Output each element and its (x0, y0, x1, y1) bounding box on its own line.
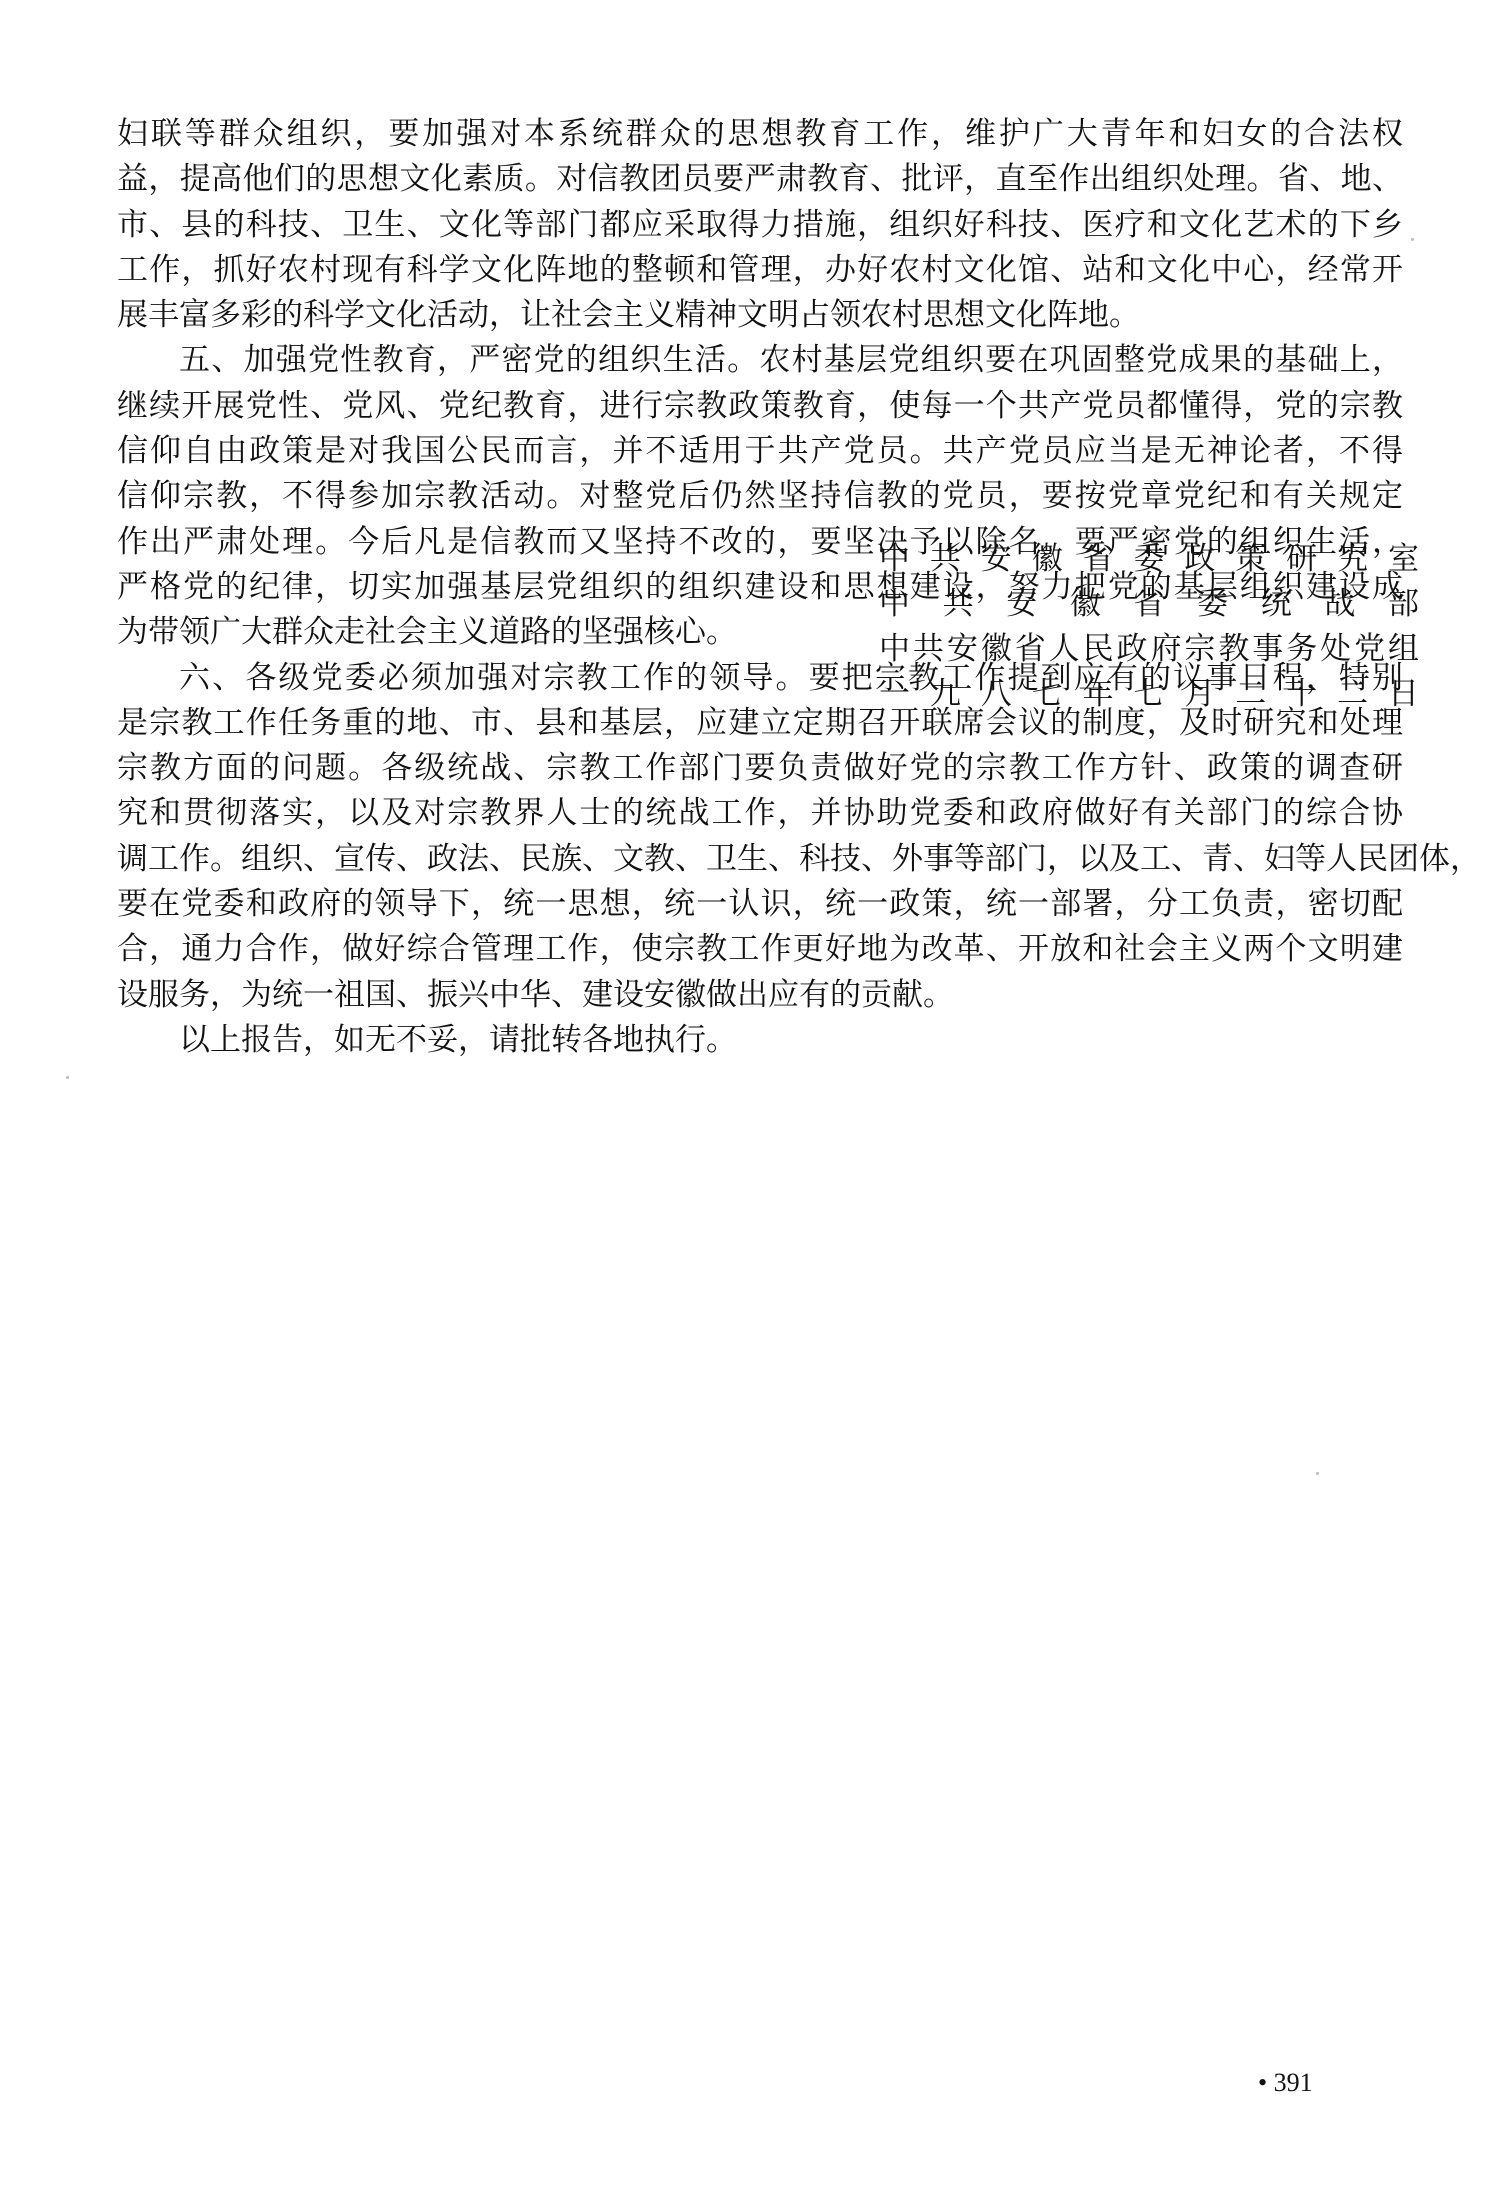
text-line: 工作，抓好农村现有科学文化阵地的整顿和管理，办好农村文化馆、站和文化中心，经常开 (117, 248, 1403, 293)
paragraph-1: 妇联等群众组织，要加强对本系统群众的思想教育工作，维护广大青年和妇女的合法权 益… (117, 112, 1403, 338)
text-line: 展丰富多彩的科学文化活动，让社会主义精神文明占领农村思想文化阵地。 (117, 293, 1403, 338)
section-heading-line: 五、加强党性教育，严密党的组织生活。农村基层党组织要在巩固整党成果的基础上， (117, 338, 1403, 383)
text-line: 合，通力合作，做好综合管理工作，使宗教工作更好地为改革、开放和社会主义两个文明建 (117, 927, 1403, 972)
signatory-policy-research-office: 中共安徽省委政策研究室 (879, 537, 1419, 582)
scan-speck (66, 1076, 69, 1079)
page-number: • 391 (1258, 2068, 1313, 2098)
text-line: 调工作。组织、宣传、政法、民族、文教、卫生、科技、外事等部门，以及工、青、妇等人… (117, 837, 1403, 882)
text-line: 要在党委和政府的领导下，统一思想，统一认识，统一政策，统一部署，分工负责，密切配 (117, 882, 1403, 927)
text-line: 信仰自由政策是对我国公民而言，并不适用于共产党员。共产党员应当是无神论者，不得 (117, 429, 1403, 474)
signatory-united-front-department: 中共安徽省委统战部 (879, 582, 1419, 627)
text-line: 益，提高他们的思想文化素质。对信教团员要严肃教育、批评，直至作出组织处理。省、地… (117, 157, 1403, 202)
document-body: 妇联等群众组织，要加强对本系统群众的思想教育工作，维护广大青年和妇女的合法权 益… (117, 112, 1403, 1063)
text-line: 设服务，为统一祖国、振兴中华、建设安徽做出应有的贡献。 (117, 973, 1403, 1018)
closing-line: 以上报告，如无不妥，请批转各地执行。 (117, 1018, 1403, 1063)
text-line: 市、县的科技、卫生、文化等部门都应采取得力措施，组织好科技、医疗和文化艺术的下乡 (117, 203, 1403, 248)
text-line: 宗教方面的问题。各级统战、宗教工作部门要负责做好党的宗教工作方针、政策的调查研 (117, 746, 1403, 791)
signatory-religious-affairs-party-group: 中共安徽省人民政府宗教事务处党组 (879, 627, 1419, 672)
document-date: 一九八七年七月二十二日 (879, 672, 1419, 717)
scan-speck (1411, 238, 1414, 241)
text-line: 继续开展党性、党风、党纪教育，进行宗教政策教育，使每一个共产党员都懂得，党的宗教 (117, 384, 1403, 429)
text-line: 妇联等群众组织，要加强对本系统群众的思想教育工作，维护广大青年和妇女的合法权 (117, 112, 1403, 157)
text-line: 信仰宗教，不得参加宗教活动。对整党后仍然坚持信教的党员，要按党章党纪和有关规定 (117, 474, 1403, 519)
paragraph-closing: 以上报告，如无不妥，请批转各地执行。 (117, 1018, 1403, 1063)
scan-speck (1316, 1472, 1319, 1475)
text-line: 究和贯彻落实，以及对宗教界人士的统战工作，并协助党委和政府做好有关部门的综合协 (117, 791, 1403, 836)
signature-block: 中共安徽省委政策研究室 中共安徽省委统战部 中共安徽省人民政府宗教事务处党组 一… (879, 537, 1419, 717)
